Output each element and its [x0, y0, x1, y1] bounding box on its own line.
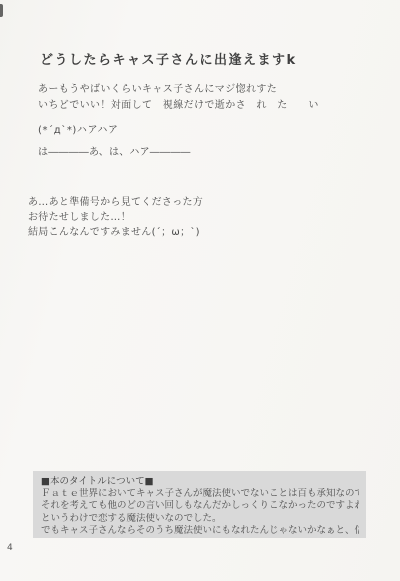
note-box-line: それを考えても他のどの言い回しもなんだかしっくりこなかったのですよねぇ…: [41, 500, 359, 512]
page-number: 4: [7, 543, 13, 553]
intro-line: いちどでいい！対面して 視線だけで逝かさ れ た い: [38, 98, 319, 114]
apology-line: 結局こんなんですみません(´；ω；`): [28, 225, 203, 240]
apology-line: お待たせしました…！: [28, 210, 203, 225]
note-box-line: Ｆａｔｅ世界においてキャス子さんが魔法使いでないことは百も承知なのですが: [41, 488, 359, 500]
intro-line: あーもうやばいくらいキャス子さんにマジ惚れすた: [38, 82, 319, 98]
note-box-heading: ■本のタイトルについて■: [41, 476, 359, 488]
kaomoji-text: (*´д`*)ハアハア: [38, 121, 119, 136]
apology-line: あ…あと準備号から見てくださった方: [28, 195, 203, 210]
note-box-line: というわけで恋する魔法使いなのでした。: [41, 513, 359, 525]
page-title: どうしたらキャス子さんに出逢えますk: [40, 49, 297, 68]
title-note-box: ■本のタイトルについて■ Ｆａｔｅ世界においてキャス子さんが魔法使いでないことは…: [33, 471, 366, 538]
scan-edge-mark: [0, 4, 3, 17]
intro-paragraph: あーもうやばいくらいキャス子さんにマジ惚れすた いちどでいい！対面して 視線だけ…: [38, 82, 319, 114]
scanned-doujinshi-page: どうしたらキャス子さんに出逢えますk あーもうやばいくらいキャス子さんにマジ惚れ…: [0, 0, 400, 581]
note-box-line: でもキャス子さんならそのうち魔法使いにもなれたんじゃないかなぁと、信じてます。: [41, 525, 359, 537]
breath-text: は――――あ、は、ハア――――: [38, 143, 191, 158]
apology-paragraph: あ…あと準備号から見てくださった方 お待たせしました…！ 結局こんなんですみませ…: [28, 195, 203, 240]
